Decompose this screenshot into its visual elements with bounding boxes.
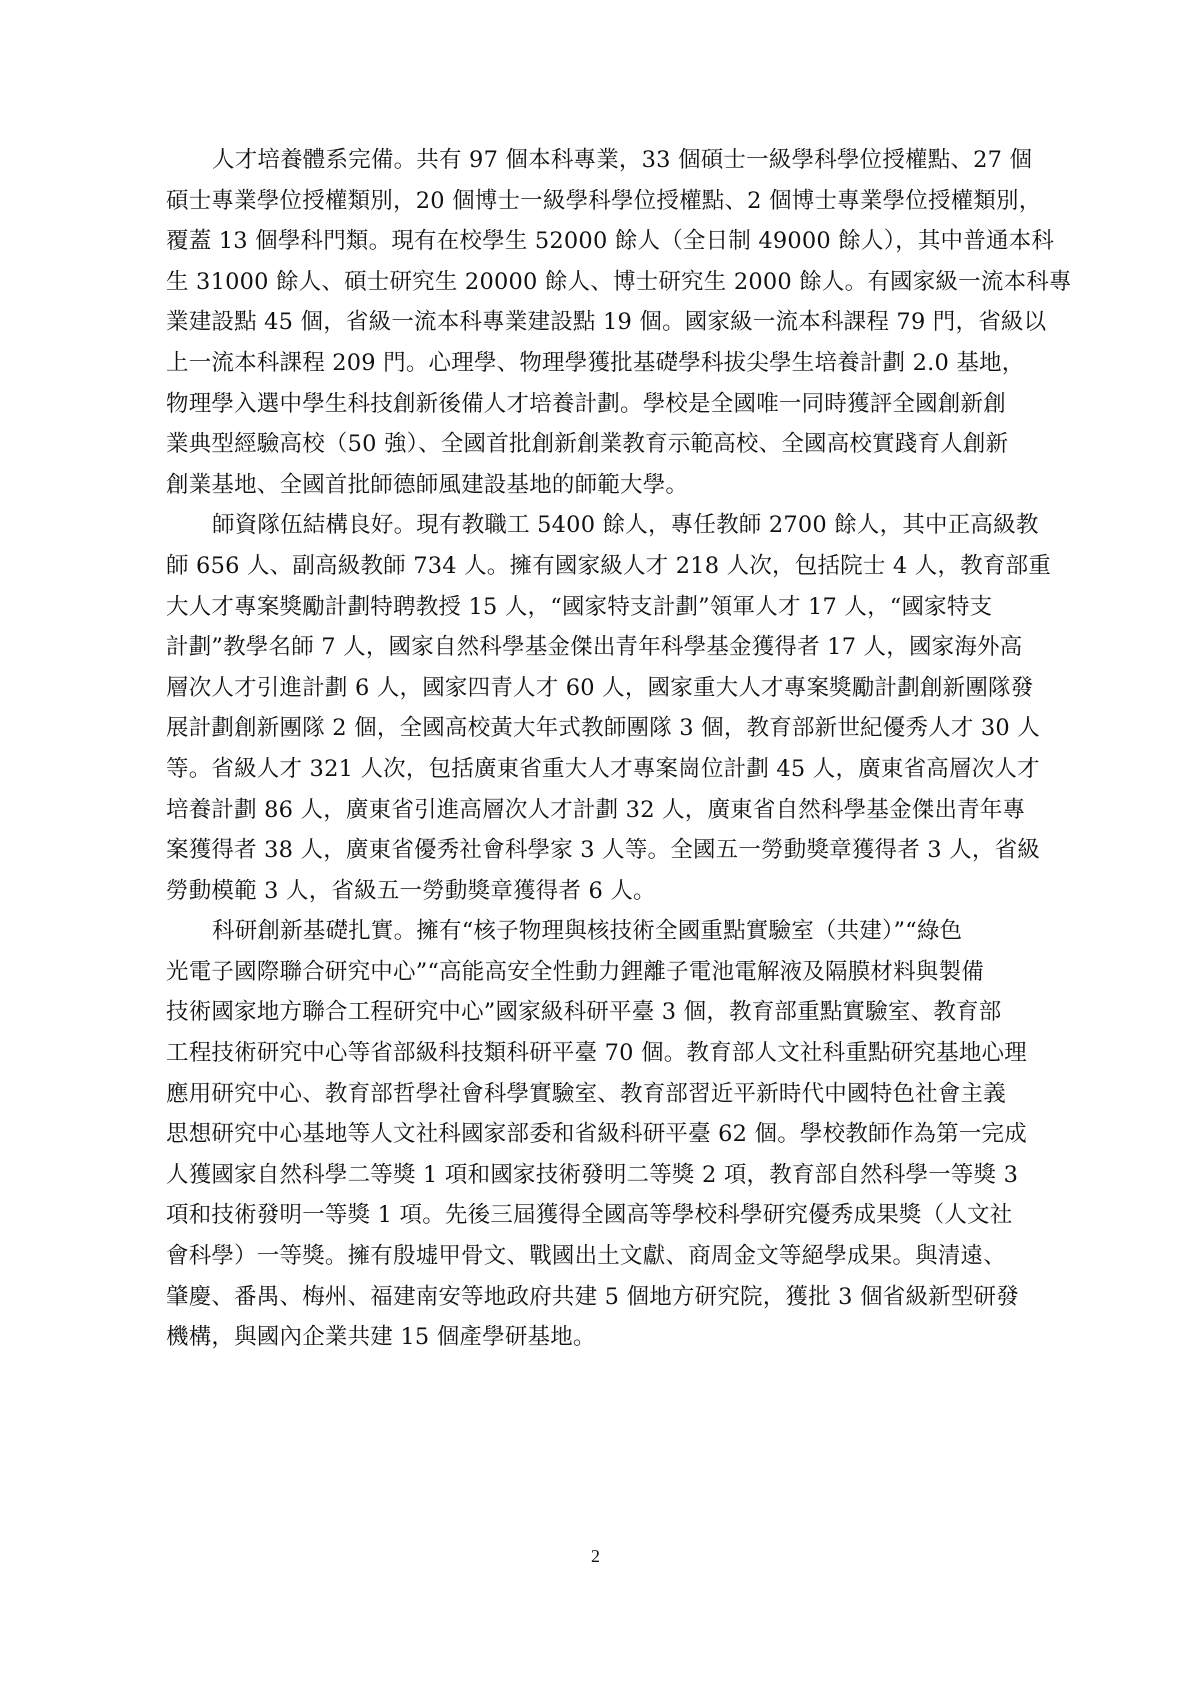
text-line: 展計劃創新團隊 2 個，全國高校黃大年式教師團隊 3 個，教育部新世紀優秀人才 … <box>166 708 1066 749</box>
text-line: 會科學）一等獎。擁有殷墟甲骨文、戰國出土文獻、商周金文等絕學成果。與清遠、 <box>166 1236 1066 1277</box>
text-line: 科研創新基礎扎實。擁有“核子物理與核技術全國重點實驗室（共建）”“綠色 <box>166 911 1066 952</box>
text-line: 業典型經驗高校（50 強）、全國首批創新創業教育示範高校、全國高校實踐育人創新 <box>166 424 1066 465</box>
text-line: 大人才專案獎勵計劃特聘教授 15 人，“國家特支計劃”領軍人才 17 人，“國家… <box>166 587 1066 628</box>
document-page: 人才培養體系完備。共有 97 個本科專業，33 個碩士一級學科學位授權點、27 … <box>0 0 1191 1684</box>
text-line: 師 656 人、副高級教師 734 人。擁有國家級人才 218 人次，包括院士 … <box>166 546 1066 587</box>
text-line: 創業基地、全國首批師德師風建設基地的師範大學。 <box>166 465 1066 506</box>
paragraph-research: 科研創新基礎扎實。擁有“核子物理與核技術全國重點實驗室（共建）”“綠色 光電子國… <box>166 911 1066 1358</box>
paragraph-faculty: 師資隊伍結構良好。現有教職工 5400 餘人，專任教師 2700 餘人，其中正高… <box>166 505 1066 911</box>
text-line: 案獲得者 38 人，廣東省優秀社會科學家 3 人等。全國五一勞動獎章獲得者 3 … <box>166 830 1066 871</box>
text-line: 人獲國家自然科學二等獎 1 項和國家技術發明二等獎 2 項，教育部自然科學一等獎… <box>166 1155 1066 1196</box>
text-line: 碩士專業學位授權類別，20 個博士一級學科學位授權點、2 個博士專業學位授權類別… <box>166 181 1066 222</box>
text-line: 勞動模範 3 人，省級五一勞動獎章獲得者 6 人。 <box>166 871 1066 912</box>
text-line: 應用研究中心、教育部哲學社會科學實驗室、教育部習近平新時代中國特色社會主義 <box>166 1074 1066 1115</box>
text-line: 等。省級人才 321 人次，包括廣東省重大人才專案崗位計劃 45 人，廣東省高層… <box>166 749 1066 790</box>
text-line: 業建設點 45 個，省級一流本科專業建設點 19 個。國家級一流本科課程 79 … <box>166 302 1066 343</box>
page-number: 2 <box>0 1546 1191 1567</box>
text-line: 上一流本科課程 209 門。心理學、物理學獲批基礎學科拔尖學生培養計劃 2.0 … <box>166 343 1066 384</box>
text-line: 肇慶、番禺、梅州、福建南安等地政府共建 5 個地方研究院，獲批 3 個省級新型研… <box>166 1277 1066 1318</box>
text-line: 師資隊伍結構良好。現有教職工 5400 餘人，專任教師 2700 餘人，其中正高… <box>166 505 1066 546</box>
paragraph-talent-training: 人才培養體系完備。共有 97 個本科專業，33 個碩士一級學科學位授權點、27 … <box>166 140 1066 505</box>
text-line: 培養計劃 86 人，廣東省引進高層次人才計劃 32 人，廣東省自然科學基金傑出青… <box>166 790 1066 831</box>
text-line: 工程技術研究中心等省部級科技類科研平臺 70 個。教育部人文社科重點研究基地心理 <box>166 1033 1066 1074</box>
text-line: 生 31000 餘人、碩士研究生 20000 餘人、博士研究生 2000 餘人。… <box>166 262 1066 303</box>
text-line: 光電子國際聯合研究中心”“高能高安全性動力鋰離子電池電解液及隔膜材料與製備 <box>166 952 1066 993</box>
body-text: 人才培養體系完備。共有 97 個本科專業，33 個碩士一級學科學位授權點、27 … <box>166 140 1066 1358</box>
text-line: 覆蓋 13 個學科門類。現有在校學生 52000 餘人（全日制 49000 餘人… <box>166 221 1066 262</box>
text-line: 機構，與國內企業共建 15 個產學研基地。 <box>166 1317 1066 1358</box>
text-line: 技術國家地方聯合工程研究中心”國家級科研平臺 3 個，教育部重點實驗室、教育部 <box>166 992 1066 1033</box>
text-line: 人才培養體系完備。共有 97 個本科專業，33 個碩士一級學科學位授權點、27 … <box>166 140 1066 181</box>
text-line: 項和技術發明一等獎 1 項。先後三屆獲得全國高等學校科學研究優秀成果獎（人文社 <box>166 1195 1066 1236</box>
text-line: 計劃”教學名師 7 人，國家自然科學基金傑出青年科學基金獲得者 17 人，國家海… <box>166 627 1066 668</box>
text-line: 物理學入選中學生科技創新後備人才培養計劃。學校是全國唯一同時獲評全國創新創 <box>166 384 1066 425</box>
text-line: 思想研究中心基地等人文社科國家部委和省級科研平臺 62 個。學校教師作為第一完成 <box>166 1114 1066 1155</box>
text-line: 層次人才引進計劃 6 人，國家四青人才 60 人，國家重大人才專案獎勵計劃創新團… <box>166 668 1066 709</box>
